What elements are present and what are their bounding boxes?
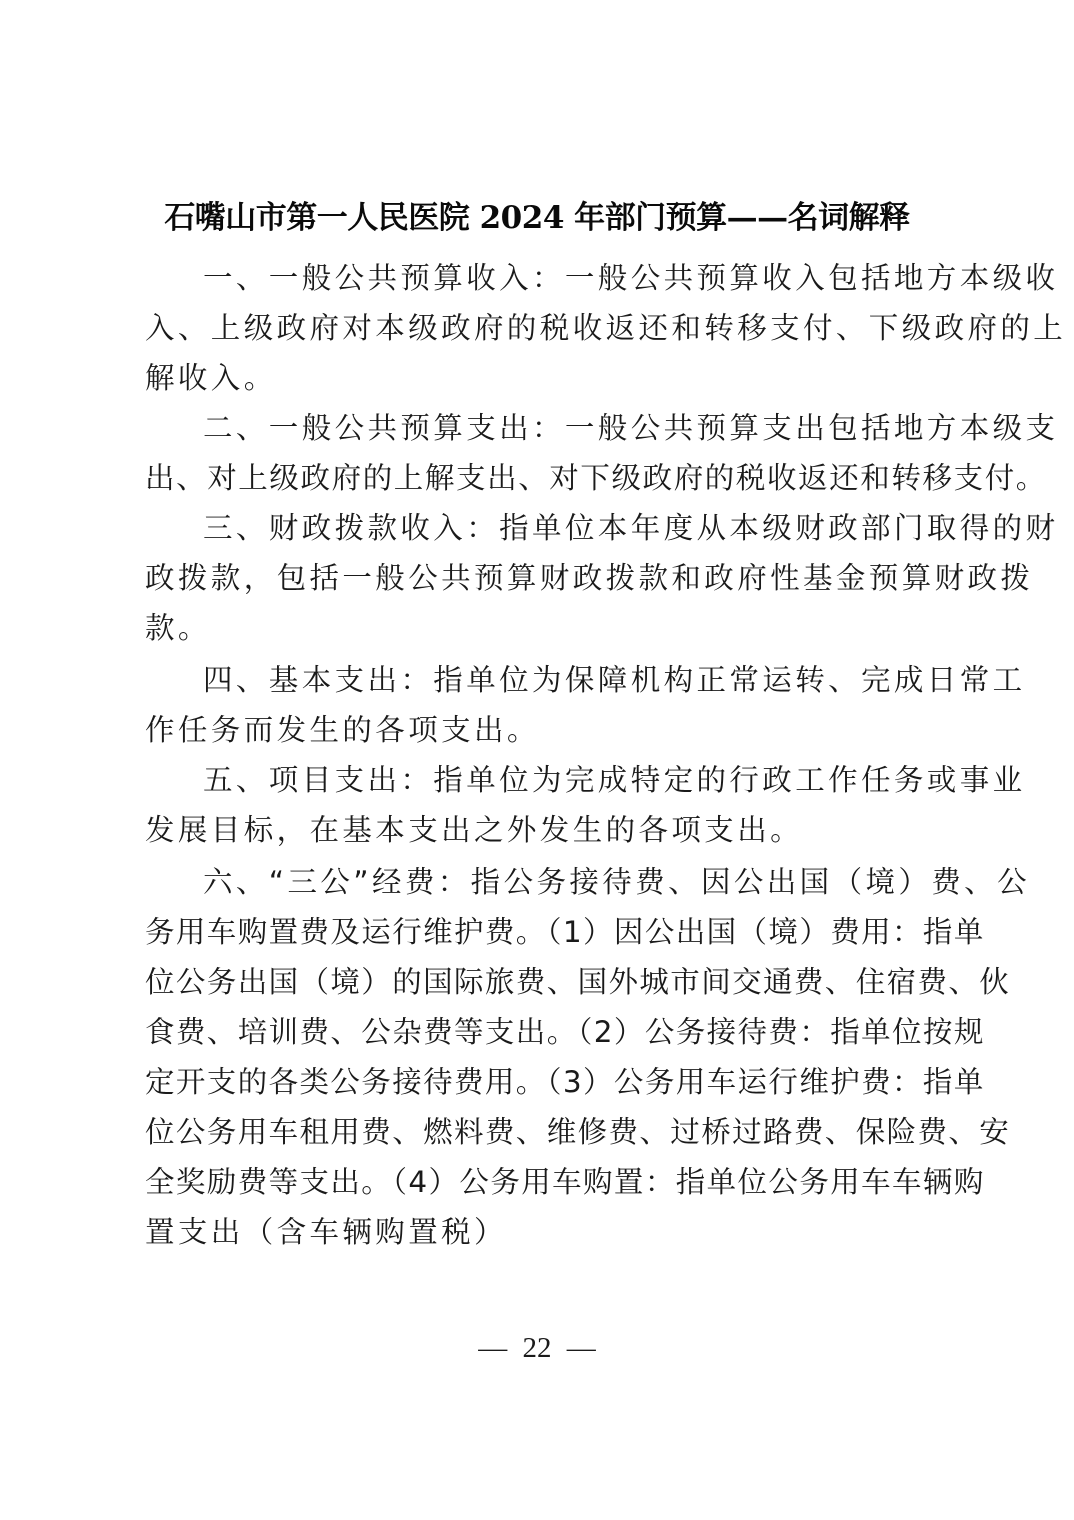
paragraph-line-19: 全奖励费等支出。（4）公务用车购置：指单位公务用车车辆购 xyxy=(145,1162,985,1202)
paragraph-line-3: 解收入。 xyxy=(145,358,277,398)
page-number: — 22 — xyxy=(0,1330,1074,1366)
paragraph-line-18: 位公务用车租用费、燃料费、维修费、过桥过路费、保险费、安 xyxy=(145,1112,1010,1152)
paragraph-line-14: 务用车购置费及运行维护费。（1）因公出国（境）费用：指单 xyxy=(145,912,985,952)
paragraph-line-1: 一、一般公共预算收入：一般公共预算收入包括地方本级收 xyxy=(203,258,1058,298)
paragraph-line-10: 作任务而发生的各项支出。 xyxy=(145,710,540,750)
paragraph-line-15: 位公务出国（境）的国际旅费、国外城市间交通费、住宿费、伙 xyxy=(145,962,1010,1002)
paragraph-line-9: 四、基本支出：指单位为保障机构正常运转、完成日常工 xyxy=(203,660,1026,700)
paragraph-line-13: 六、“三公”经费：指公务接待费、因公出国（境）费、公 xyxy=(203,862,1030,902)
paragraph-line-11: 五、项目支出：指单位为完成特定的行政工作任务或事业 xyxy=(203,760,1026,800)
document-page: 石嘴山市第一人民医院 2024 年部门预算——名词解释 一、一般公共预算收入：一… xyxy=(0,0,1074,1520)
paragraph-line-5: 出、对上级政府的上解支出、对下级政府的税收返还和转移支付。 xyxy=(145,458,1047,498)
paragraph-line-2: 入、上级政府对本级政府的税收返还和转移支付、下级政府的上 xyxy=(145,308,1066,348)
paragraph-line-12: 发展目标，在基本支出之外发生的各项支出。 xyxy=(145,810,803,850)
paragraph-line-20: 置支出（含车辆购置税） xyxy=(145,1212,507,1252)
paragraph-line-6: 三、财政拨款收入：指单位本年度从本级财政部门取得的财 xyxy=(203,508,1058,548)
paragraph-line-17: 定开支的各类公务接待费用。（3）公务用车运行维护费：指单 xyxy=(145,1062,985,1102)
paragraph-line-8: 款。 xyxy=(145,608,211,648)
paragraph-line-16: 食费、培训费、公杂费等支出。（2）公务接待费：指单位按规 xyxy=(145,1012,985,1052)
paragraph-line-4: 二、一般公共预算支出：一般公共预算支出包括地方本级支 xyxy=(203,408,1058,448)
paragraph-line-7: 政拨款，包括一般公共预算财政拨款和政府性基金预算财政拨 xyxy=(145,558,1033,598)
page-title: 石嘴山市第一人民医院 2024 年部门预算——名词解释 xyxy=(0,196,1074,240)
